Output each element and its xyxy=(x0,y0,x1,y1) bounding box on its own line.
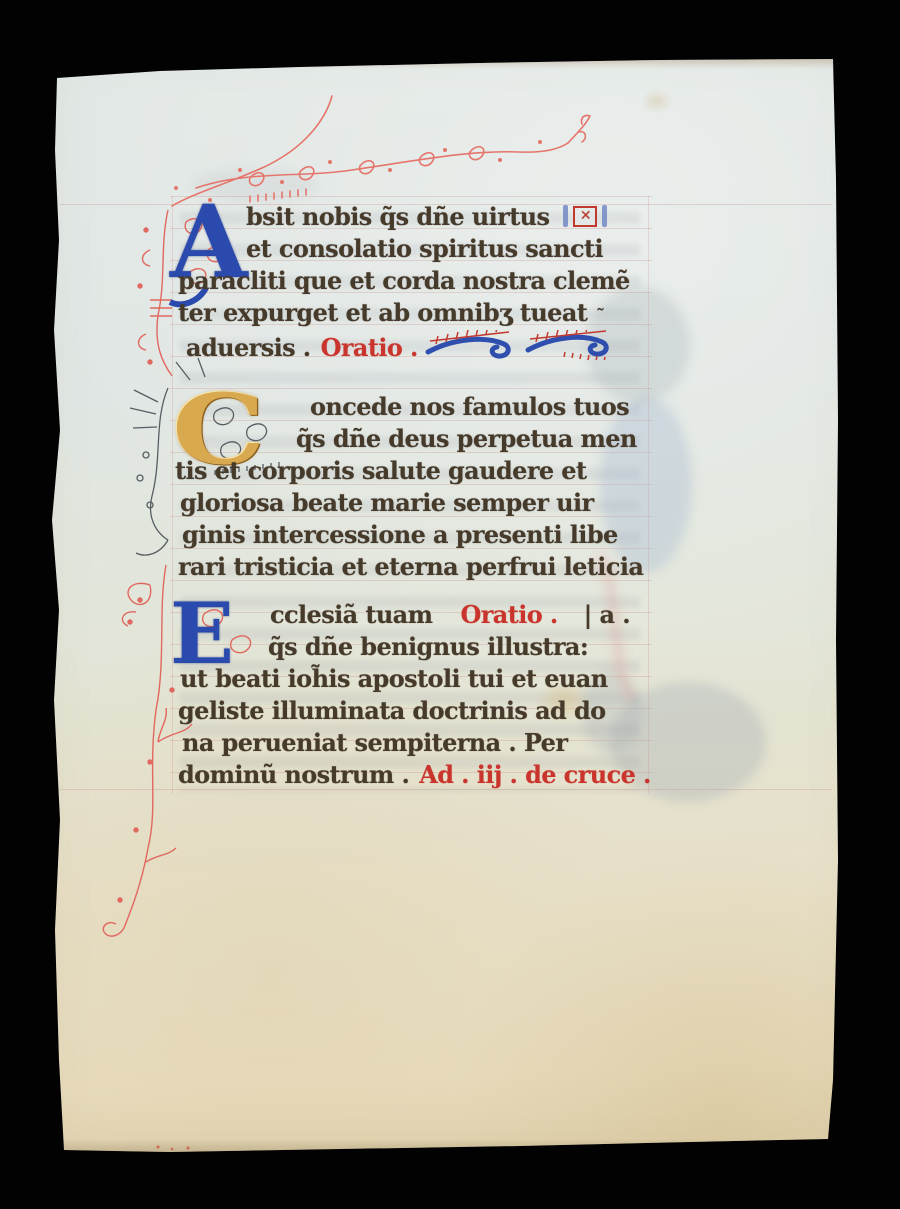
line-text: geliste illuminata doctrinis ad do xyxy=(178,696,606,726)
text-line: bsit nobis q̃s dñe uirtus✕ xyxy=(246,202,607,232)
text-line: rari tristicia et eterna perfrui leticia xyxy=(178,552,643,582)
text-line: ut beati ioh̃is apostoli tui et euan xyxy=(180,664,608,694)
rubric-oratio: Oratio . xyxy=(321,333,418,363)
photograph-of-manuscript-leaf: A C E bsit nobis q̃s dñe uirtus✕ et cons… xyxy=(0,0,900,1209)
text-line: ginis intercessione a presenti libe xyxy=(182,520,618,550)
text-line: gloriosa beate marie semper uir xyxy=(180,488,594,518)
text-line: cclesiã tuamOratio .| a . xyxy=(270,600,630,630)
text-line: et consolatio spiritus sancti xyxy=(246,234,603,264)
edge-specks xyxy=(156,1145,189,1150)
text-line: ter expurget et ab omnibʒ tueat xyxy=(178,298,587,328)
text-line: paracliti que et corda nostra clemẽ xyxy=(178,266,630,296)
filler-blue-bar xyxy=(602,205,607,227)
filler-blue-bar xyxy=(563,205,568,227)
text-line: oncede nos famulos tuos xyxy=(310,392,629,422)
text-line: na perueniat sempiterna . Per xyxy=(182,728,567,758)
rubric-ad-cruce: Ad . iij . de cruce . xyxy=(419,760,651,790)
parchment-leaf: A C E bsit nobis q̃s dñe uirtus✕ et cons… xyxy=(0,0,900,1209)
line-text: | a . xyxy=(584,600,630,630)
line-text: na perueniat sempiterna . Per xyxy=(182,728,567,758)
line-filler-cross: ✕ xyxy=(563,205,607,227)
line-text: q̃s dñe deus perpetua men xyxy=(296,424,637,454)
line-filler-flourish xyxy=(424,330,624,360)
line-text: cclesiã tuam xyxy=(270,600,432,630)
line-text: gloriosa beate marie semper uir xyxy=(180,488,594,518)
text-line: geliste illuminata doctrinis ad do xyxy=(178,696,606,726)
filler-x-box: ✕ xyxy=(573,206,597,227)
line-text: ginis intercessione a presenti libe xyxy=(182,520,618,550)
text-line: aduersis .Oratio . xyxy=(186,330,624,363)
line-text: dominũ nostrum . xyxy=(178,760,409,790)
line-text: tis et corporis salute gaudere et xyxy=(175,456,586,486)
interlinear-mark: ˜ xyxy=(596,306,605,327)
text-line: q̃s dñe benignus illustra: xyxy=(268,632,588,662)
line-text: rari tristicia et eterna perfrui leticia xyxy=(178,552,643,582)
line-text: oncede nos famulos tuos xyxy=(310,392,629,422)
parchment-stain xyxy=(640,88,674,114)
line-text: paracliti que et corda nostra clemẽ xyxy=(178,266,630,296)
line-text: q̃s dñe benignus illustra: xyxy=(268,632,588,662)
right-bounding-rule xyxy=(648,196,649,794)
line-text: aduersis . xyxy=(186,333,311,363)
line-text: bsit nobis q̃s dñe uirtus xyxy=(246,202,549,232)
text-line: tis et corporis salute gaudere et xyxy=(175,456,586,486)
text-line: dominũ nostrum .Ad . iij . de cruce . xyxy=(178,760,651,790)
line-text: et consolatio spiritus sancti xyxy=(246,234,603,264)
rubric-oratio: Oratio . xyxy=(460,600,557,630)
line-text: ter expurget et ab omnibʒ tueat xyxy=(178,298,587,328)
text-line: q̃s dñe deus perpetua men xyxy=(296,424,637,454)
line-text: ut beati ioh̃is apostoli tui et euan xyxy=(180,664,608,694)
